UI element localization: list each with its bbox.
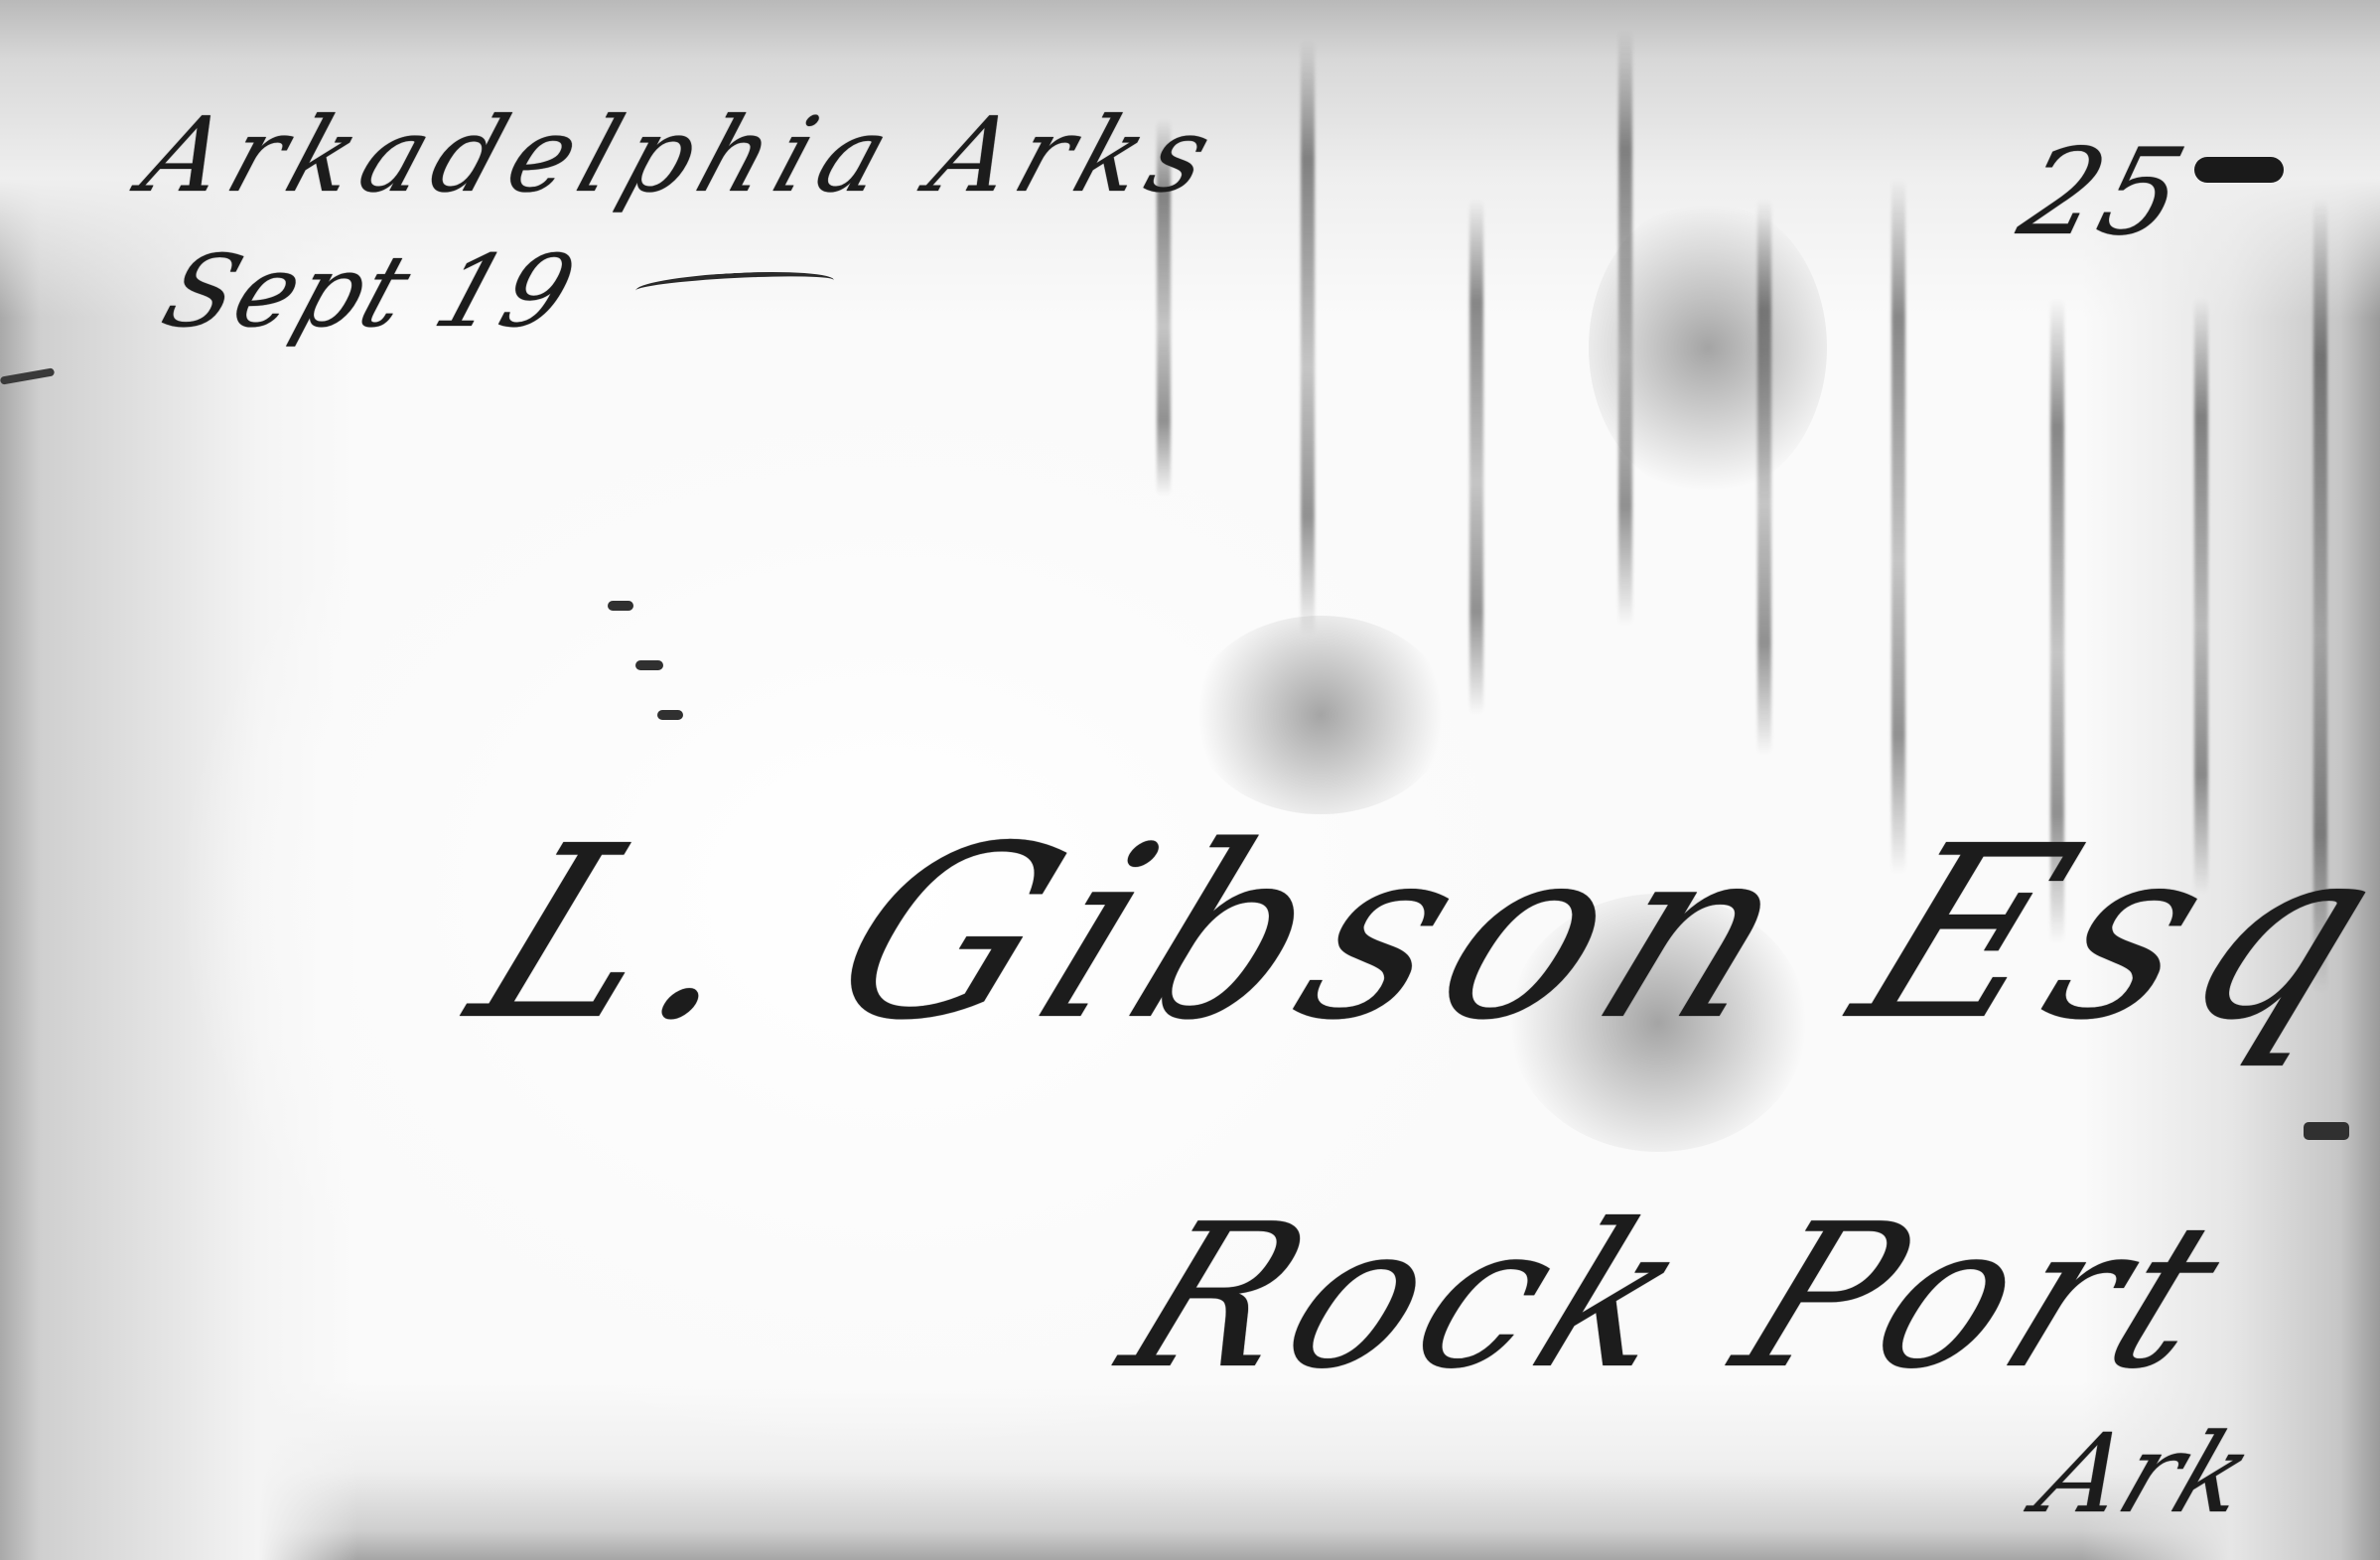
ink-bleed-streak (1891, 179, 1905, 874)
ink-smudge (1191, 616, 1450, 814)
ink-mark (635, 660, 663, 670)
date-flourish (634, 268, 834, 303)
ink-smudge (1589, 199, 1827, 496)
addressee-name: L. Gibson Esq (440, 794, 2380, 1072)
edge-mark (0, 367, 55, 384)
ink-mark (608, 601, 633, 611)
rate-dash (2194, 157, 2284, 183)
rate-marking: 25 (2007, 124, 2249, 262)
origin-postmark: Arkadelphia Arks (129, 94, 1235, 215)
address-state: Ark (2023, 1410, 2272, 1537)
ink-mark (2304, 1122, 2349, 1140)
ink-bleed-streak (1301, 40, 1315, 636)
ink-bleed-streak (1470, 199, 1483, 715)
ink-mark (657, 710, 683, 720)
letter-cover: Arkadelphia Arks Sept 19 25 L. Gibson Es… (0, 0, 2380, 1560)
date-marking: Sept 19 (150, 233, 590, 350)
address-city: Rock Port (1095, 1182, 2262, 1413)
